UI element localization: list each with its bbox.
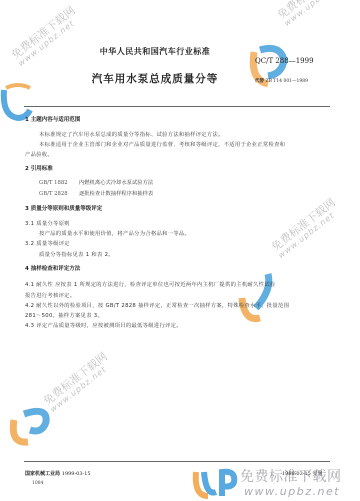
issuer: 国家机械工业局	[25, 471, 60, 477]
watermark-text-bottom-left: 免费标准下载网www.upbz.net	[42, 351, 115, 414]
watermark-text-top-right: 免费标准下载网www.upbz.net	[276, 0, 349, 28]
standard-code: QC/T 288—1999	[255, 57, 314, 65]
section-4-2-text-cont: 281～500。抽样方案见表 3。	[25, 311, 103, 319]
upbz-logo-icon	[192, 466, 238, 500]
reference-title: 内燃机离心式冷却水泵试验方法	[79, 180, 153, 186]
watermark-logo-mid-right	[236, 268, 276, 332]
section-3-2-heading: 3.2 质量等级评定	[25, 239, 70, 247]
watermark-logo-bottom-left	[8, 400, 52, 452]
upbz-logo-icon	[236, 268, 276, 328]
replaces-line: 代替 ZB T14 001—1989	[255, 78, 308, 84]
section-4-3-text: 4.3 评定产品质量等级时，应按被测项目的最低等级进行评定。	[25, 321, 182, 329]
replaces-label: 代替	[255, 79, 264, 84]
section-1-para-1: 本标准规定了汽车用水泵总成的质量分等指标、试验方法和抽样评定方法。	[39, 130, 224, 138]
section-1-para-2-cont: 产品验收。	[25, 150, 53, 158]
reference-title: 逐批检查计数抽样程序和抽样表	[79, 191, 153, 197]
section-3-heading: 3 质量分等原则和质量等级评定	[25, 204, 102, 212]
section-3-1-text: 按产品的质量水平和使用价值，将产品分为合格品和一等品。	[39, 229, 190, 237]
issuer-line: 国家机械工业局 1999-03-15	[25, 470, 91, 477]
replaces-code: ZB T14 001—1989	[265, 79, 308, 84]
watermark-banner-bottom-right: 免费标准下载网 www.upbz.net	[192, 464, 360, 501]
issue-date: 1999-03-15	[62, 471, 91, 477]
header-rule	[24, 106, 330, 107]
reference-item: GB/T 2828逐批检查计数抽样程序和抽样表	[39, 189, 153, 197]
footer-rule	[24, 461, 330, 462]
section-4-heading: 4 抽样检查和评定方法	[25, 264, 80, 272]
section-1-para-2: 本标准适用于企业主管部门和企业对产品质量进行监督、考核和等级评定，不适用于企业正…	[39, 140, 285, 148]
reference-code: GB/T 2828	[39, 191, 79, 197]
section-4-1-text-cont: 报告进行考核评定。	[25, 291, 75, 299]
effective-date: 1999-03-15 实施	[282, 470, 322, 477]
reference-item: GB/T 1882内燃机离心式冷却水泵试验方法	[39, 178, 153, 186]
watermark-text-top-left: 免费标准下载网www.upbz.net	[10, 5, 83, 68]
reference-code: GB/T 1882	[39, 180, 79, 186]
section-3-2-text: 质量分等指标见表 1 和表 2。	[39, 250, 114, 258]
upbz-logo-icon	[8, 400, 52, 448]
page-number: 1084	[32, 481, 43, 486]
watermark-text-mid-right: 免费标准下载网www.upbz.net	[270, 197, 343, 260]
org-title: 中华人民共和国汽车行业标准	[0, 46, 310, 57]
section-3-1-heading: 3.1 质量分等原则	[25, 219, 70, 227]
watermark-banner-url: www.upbz.net	[244, 485, 340, 498]
section-2-heading: 2 引用标准	[25, 164, 53, 172]
section-4-2-text: 4.2 耐久性以外的检验项目，按 GB/T 2828 抽样评定，正常检查一次抽样…	[25, 301, 289, 309]
section-4-1-text: 4.1 耐久性 应按表 1 所规定的方法进行，检查评定单位也可按近两年内主机厂提…	[25, 280, 275, 288]
section-1-heading: 1 主题内容与适用范围	[25, 115, 80, 123]
